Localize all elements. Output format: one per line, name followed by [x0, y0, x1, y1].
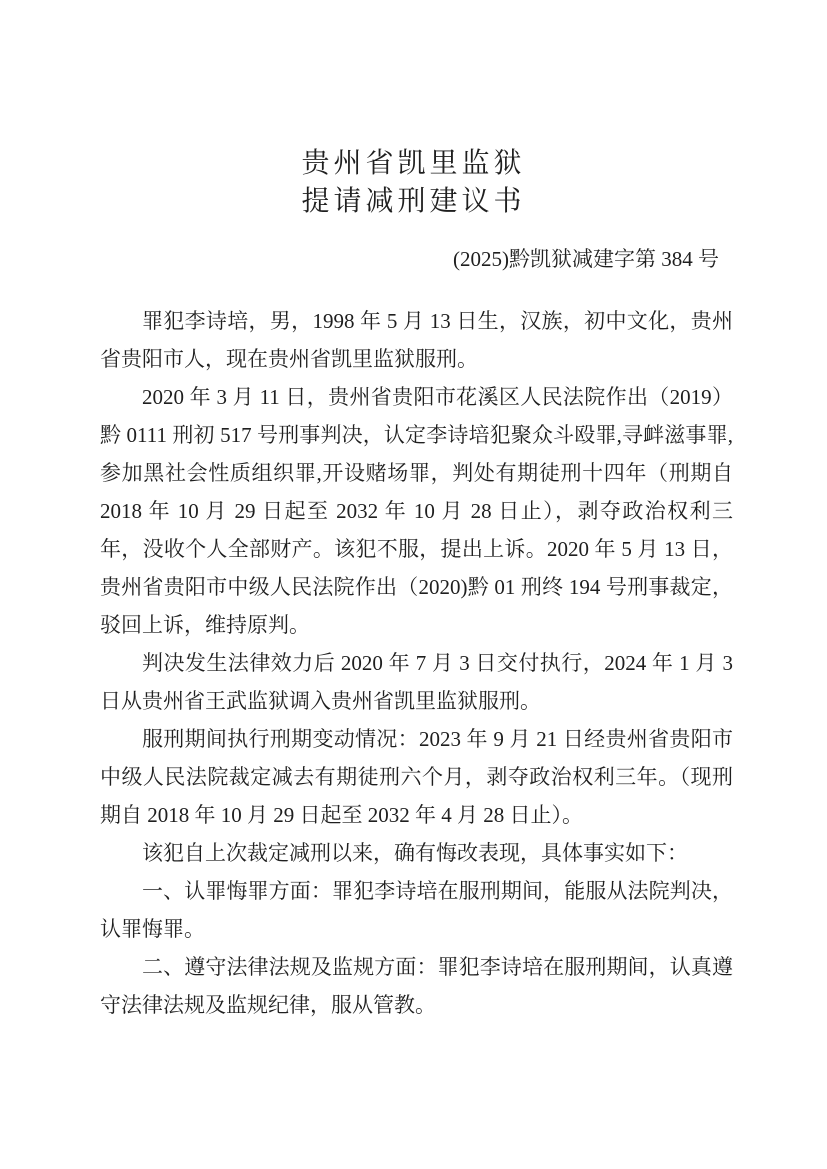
paragraph-offender-info: 罪犯李诗培，男，1998 年 5 月 13 日生，汉族，初中文化，贵州省贵阳市人…	[100, 302, 733, 378]
document-number: (2025)黔凯狱减建字第 384 号	[0, 240, 827, 278]
document-title: 贵州省凯里监狱 提请减刑建议书	[0, 145, 827, 221]
document-page: 贵州省凯里监狱 提请减刑建议书 (2025)黔凯狱减建字第 384 号 罪犯李诗…	[0, 0, 827, 1169]
paragraph-item-2: 二、遵守法律法规及监规方面：罪犯李诗培在服刑期间，认真遵守法律法规及监规纪律，服…	[100, 948, 733, 1024]
paragraph-sentence-changes: 服刑期间执行刑期变动情况：2023 年 9 月 21 日经贵州省贵阳市中级人民法…	[100, 720, 733, 834]
paragraph-transfer-history: 判决发生法律效力后 2020 年 7 月 3 日交付执行，2024 年 1 月 …	[100, 644, 733, 720]
document-body: 罪犯李诗培，男，1998 年 5 月 13 日生，汉族，初中文化，贵州省贵阳市人…	[0, 302, 827, 1024]
document-title-line2: 提请减刑建议书	[0, 183, 827, 221]
paragraph-original-judgment: 2020 年 3 月 11 日，贵州省贵阳市花溪区人民法院作出（2019）黔 0…	[100, 378, 733, 644]
document-title-line1: 贵州省凯里监狱	[0, 145, 827, 183]
paragraph-item-1: 一、认罪悔罪方面：罪犯李诗培在服刑期间，能服从法院判决，认罪悔罪。	[100, 872, 733, 948]
paragraph-repentance-intro: 该犯自上次裁定减刑以来，确有悔改表现，具体事实如下：	[100, 834, 733, 872]
